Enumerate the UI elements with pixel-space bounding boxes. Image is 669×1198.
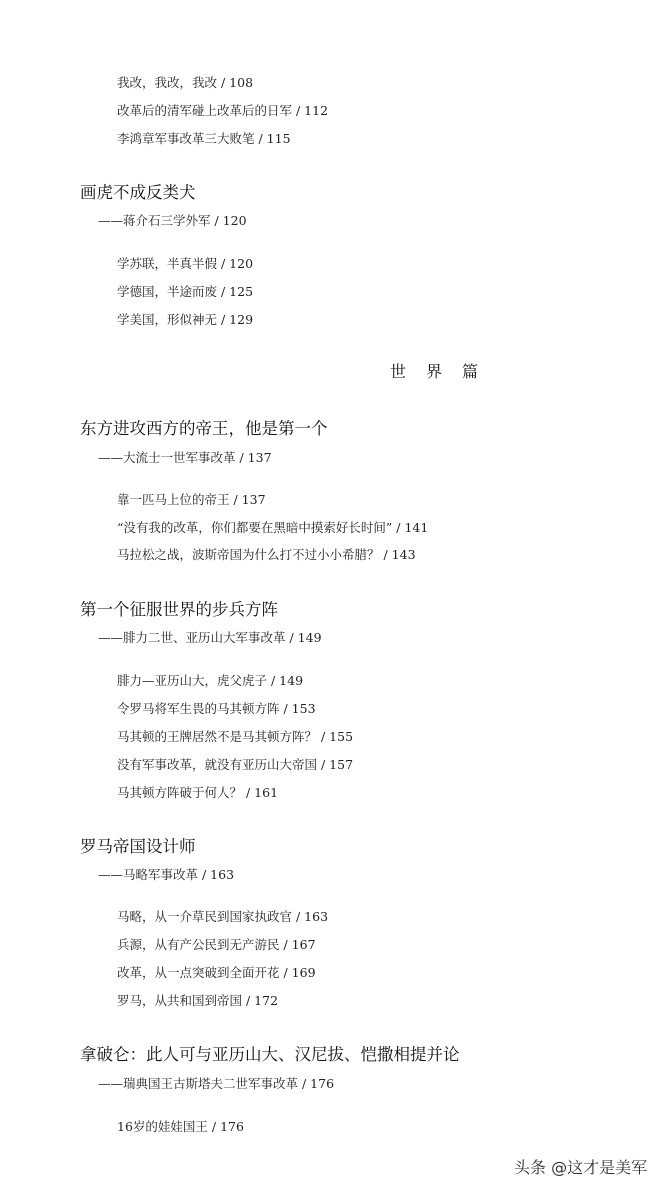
table-of-contents-page: 我改，我改，我改 / 108 改革后的清军碰上改革后的日军 / 112 李鸿章军… <box>0 0 669 1198</box>
toc-entry: 令罗马将军生畏的马其顿方阵 / 153 <box>117 701 316 717</box>
chapter-title: 第一个征服世界的步兵方阵 <box>80 600 278 620</box>
toc-entry: 马其顿的王牌居然不是马其顿方阵？ / 155 <box>117 729 353 745</box>
toc-entry: 兵源，从有产公民到无产游民 / 167 <box>117 937 316 953</box>
chapter-title: 罗马帝国设计师 <box>80 837 196 857</box>
toc-entry: 16岁的娃娃国王 / 176 <box>117 1119 244 1135</box>
chapter-title: 拿破仑：此人可与亚历山大、汉尼拔、恺撒相提并论 <box>80 1045 460 1065</box>
chapter-subtitle: ——蒋介石三学外军 / 120 <box>98 213 247 229</box>
toc-entry: 罗马，从共和国到帝国 / 172 <box>117 993 278 1009</box>
toc-entry: 马拉松之战，波斯帝国为什么打不过小小希腊？ / 143 <box>117 547 416 563</box>
toc-entry: 学美国，形似神无 / 129 <box>117 312 253 328</box>
chapter-title: 东方进攻西方的帝王，他是第一个 <box>80 419 328 439</box>
toc-entry: 改革后的清军碰上改革后的日军 / 112 <box>117 103 328 119</box>
watermark: 头条 @这才是美军 <box>514 1158 647 1178</box>
toc-entry: 马略，从一介草民到国家执政官 / 163 <box>117 909 328 925</box>
toc-entry: 改革，从一点突破到全面开花 / 169 <box>117 965 316 981</box>
section-heading: 世界篇 <box>390 362 498 382</box>
chapter-subtitle: ——腓力二世、亚历山大军事改革 / 149 <box>98 630 322 646</box>
toc-entry: 学苏联，半真半假 / 120 <box>117 256 253 272</box>
chapter-subtitle: ——大流士一世军事改革 / 137 <box>98 450 272 466</box>
chapter-subtitle: ——瑞典国王古斯塔夫二世军事改革 / 176 <box>98 1076 334 1092</box>
toc-entry: “没有我的改革，你们都要在黑暗中摸索好长时间” / 141 <box>117 520 428 536</box>
toc-entry: 腓力—亚历山大，虎父虎子 / 149 <box>117 673 303 689</box>
toc-entry: 学德国，半途而废 / 125 <box>117 284 253 300</box>
toc-entry: 靠一匹马上位的帝王 / 137 <box>117 492 266 508</box>
toc-entry: 没有军事改革，就没有亚历山大帝国 / 157 <box>117 757 353 773</box>
chapter-title: 画虎不成反类犬 <box>80 183 196 203</box>
toc-entry: 我改，我改，我改 / 108 <box>117 75 253 91</box>
chapter-subtitle: ——马略军事改革 / 163 <box>98 867 234 883</box>
toc-entry: 马其顿方阵破于何人？ / 161 <box>117 785 278 801</box>
toc-entry: 李鸿章军事改革三大败笔 / 115 <box>117 131 291 147</box>
